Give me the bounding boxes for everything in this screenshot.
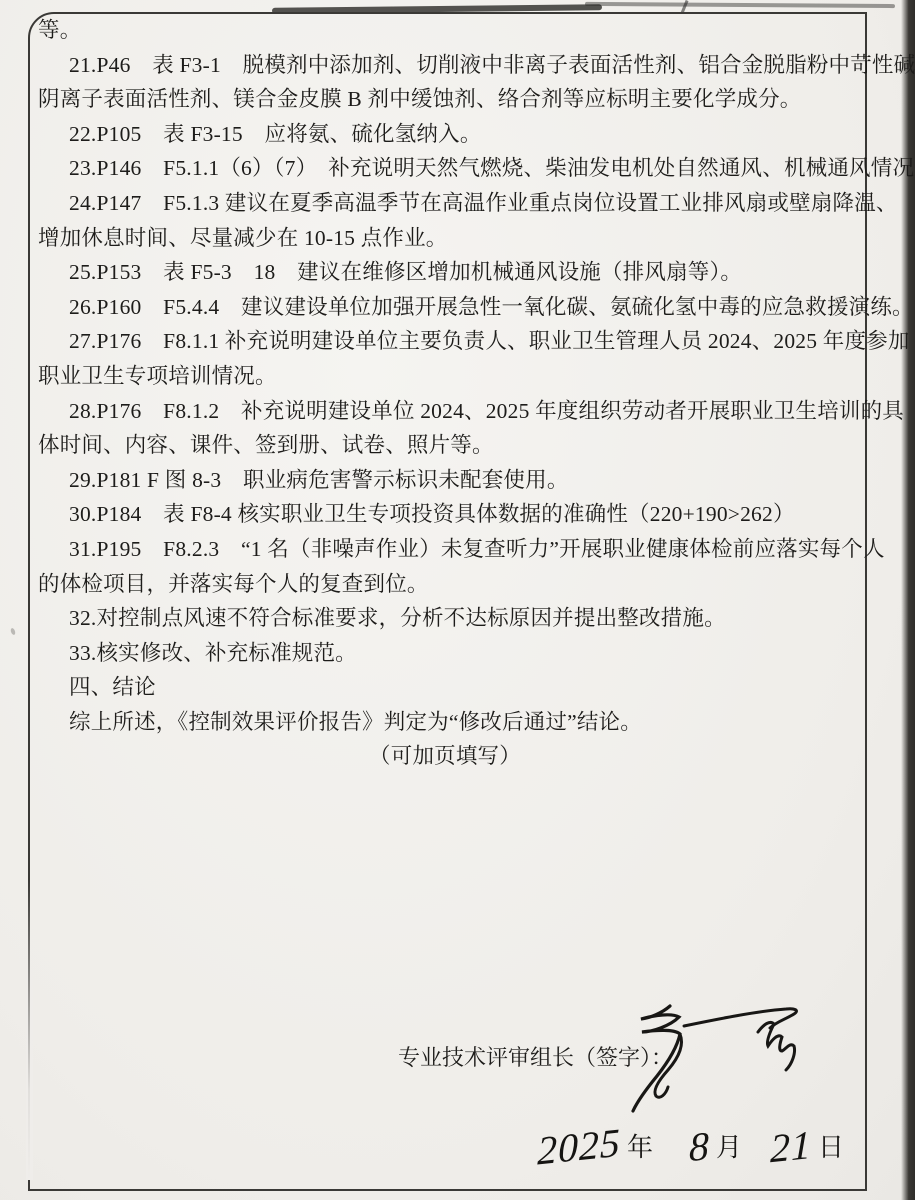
scan-top-smudge [585, 2, 895, 8]
doc-line: 的体检项目，并落实每个人的复查到位。 [38, 567, 852, 602]
doc-line-item-27: 27.P176 F8.1.1 补充说明建设单位主要负责人、职业卫生管理人员 20… [38, 324, 852, 359]
doc-line-item-30: 30.P184 表 F8-4 核实职业卫生专项投资具体数据的准确性（220+19… [38, 497, 852, 532]
doc-line-item-22: 22.P105 表 F3-15 应将氨、硫化氢纳入。 [38, 117, 852, 152]
doc-line: 等。 [38, 13, 852, 48]
doc-line-item-28: 28.P176 F8.1.2 补充说明建设单位 2024、2025 年度组织劳动… [38, 394, 852, 429]
doc-line-conclusion-heading: 四、结论 [38, 670, 852, 705]
date-month-value: 8 [689, 1123, 710, 1171]
doc-line-item-24: 24.P147 F5.1.3 建议在夏季高温季节在高温作业重点岗位设置工业排风扇… [38, 186, 852, 221]
doc-line: 阴离子表面活性剂、镁合金皮膜 B 剂中缓蚀剂、络合剂等应标明主要化学成分。 [38, 82, 852, 117]
date-year-value: 2025 [537, 1119, 621, 1174]
date-year-unit: 年 [627, 1128, 653, 1168]
doc-line: 体时间、内容、课件、签到册、试卷、照片等。 [38, 428, 852, 463]
handwritten-signature [628, 996, 813, 1118]
doc-line-item-23: 23.P146 F5.1.1（6）（7） 补充说明天然气燃烧、柴油发电机处自然通… [38, 151, 852, 186]
doc-line-item-32: 32.对控制点风速不符合标准要求，分析不达标原因并提出整改措施。 [38, 601, 852, 636]
doc-line-item-29: 29.P181 F 图 8-3 职业病危害警示标识未配套使用。 [38, 463, 852, 498]
doc-line: 增加休息时间、尽量减少在 10-15 点作业。 [38, 221, 852, 256]
date-day-unit: 日 [818, 1128, 844, 1168]
review-comments-text: 等。 21.P46 表 F3-1 脱模剂中添加剂、切削液中非离子表面活性剂、铝合… [38, 13, 852, 774]
date-day-value: 21 [770, 1122, 812, 1173]
doc-line: 职业卫生专项培训情况。 [38, 359, 852, 394]
doc-line-conclusion: 综上所述，《控制效果评价报告》判定为“修改后通过”结论。 [38, 705, 852, 740]
doc-line-item-31: 31.P195 F8.2.3 “1 名（非噪声作业）未复查听力”开展职业健康体检… [38, 532, 852, 567]
scan-speck [10, 628, 16, 636]
doc-line-item-21: 21.P46 表 F3-1 脱模剂中添加剂、切削液中非离子表面活性剂、铝合金脱脂… [38, 48, 852, 83]
scanned-document-page: 等。 21.P46 表 F3-1 脱模剂中添加剂、切削液中非离子表面活性剂、铝合… [0, 0, 915, 1200]
handwritten-date: 2025 年 8 月 21 日 [537, 1124, 846, 1170]
date-month-unit: 月 [716, 1128, 742, 1168]
border-fade-artifact [26, 880, 33, 1180]
doc-line-item-26: 26.P160 F5.4.4 建议建设单位加强开展急性一氧化碳、氨硫化氢中毒的应… [38, 290, 852, 325]
doc-line-append-note: （可加页填写） [38, 739, 852, 774]
doc-line-item-33: 33.核实修改、补充标准规范。 [38, 636, 852, 671]
doc-line-item-25: 25.P153 表 F5-3 18 建议在维修区增加机械通风设施（排风扇等）。 [38, 255, 852, 290]
scan-edge-shadow [901, 0, 915, 1200]
